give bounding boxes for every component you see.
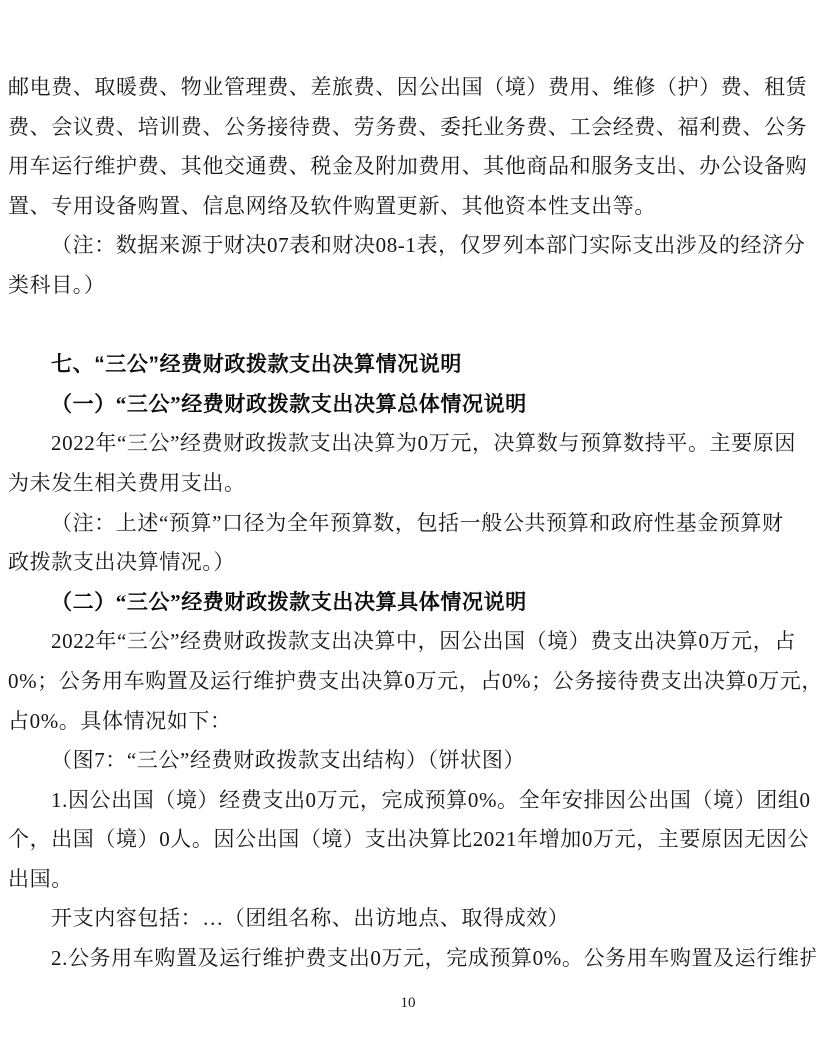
document-page: 邮电费、取暖费、物业管理费、差旅费、因公出国（境）费用、维修（护）费、租赁费、会… — [0, 0, 816, 1056]
subsection-heading: （二）“三公”经费财政拨款支出决算具体情况说明 — [8, 583, 808, 623]
text-line: 开支内容包括：…（团组名称、出访地点、取得成效） — [8, 899, 808, 939]
text-line: 邮电费、取暖费、物业管理费、差旅费、因公出国（境）费用、维修（护）费、租赁 — [8, 68, 808, 108]
text-line: （注：上述“预算”口径为全年预算数，包括一般公共预算和政府性基金预算财 — [8, 504, 808, 544]
text-line: 2022年“三公”经费财政拨款支出决算为0万元，决算数与预算数持平。主要原因 — [8, 424, 808, 464]
text-line: 2022年“三公”经费财政拨款支出决算中，因公出国（境）费支出决算0万元，占 — [8, 622, 808, 662]
text-line: 用车运行维护费、其他交通费、税金及附加费用、其他商品和服务支出、办公设备购 — [8, 147, 808, 187]
text-line: 1.因公出国（境）经费支出0万元，完成预算0%。全年安排因公出国（境）团组0 — [8, 781, 808, 821]
text-line: 政拨款支出决算情况。） — [8, 543, 808, 583]
text-line: 2.公务用车购置及运行维护费支出0万元，完成预算0%。公务用车购置及运行维护 — [8, 939, 808, 979]
subsection-heading: （一）“三公”经费财政拨款支出决算总体情况说明 — [8, 385, 808, 425]
document-body: 邮电费、取暖费、物业管理费、差旅费、因公出国（境）费用、维修（护）费、租赁费、会… — [8, 68, 808, 979]
text-line: 出国。 — [8, 860, 808, 900]
text-line: 为未发生相关费用支出。 — [8, 464, 808, 504]
text-line: 类科目。） — [8, 266, 808, 306]
text-line: 0%；公务用车购置及运行维护费支出决算0万元，占0%；公务接待费支出决算0万元， — [8, 662, 808, 702]
text-line: （图7：“三公”经费财政拨款支出结构）（饼状图） — [8, 741, 808, 781]
text-line: 个，出国（境）0人。因公出国（境）支出决算比2021年增加0万元，主要原因无因公 — [8, 820, 808, 860]
text-line: （注：数据来源于财决07表和财决08-1表，仅罗列本部门实际支出涉及的经济分 — [8, 226, 808, 266]
page-number: 10 — [0, 993, 816, 1013]
text-line: 置、专用设备购置、信息网络及软件购置更新、其他资本性支出等。 — [8, 187, 808, 227]
text-line: 占0%。具体情况如下： — [8, 702, 808, 742]
blank-line — [8, 306, 808, 346]
text-line: 费、会议费、培训费、公务接待费、劳务费、委托业务费、工会经费、福利费、公务 — [8, 108, 808, 148]
section-heading: 七、“三公”经费财政拨款支出决算情况说明 — [8, 345, 808, 385]
